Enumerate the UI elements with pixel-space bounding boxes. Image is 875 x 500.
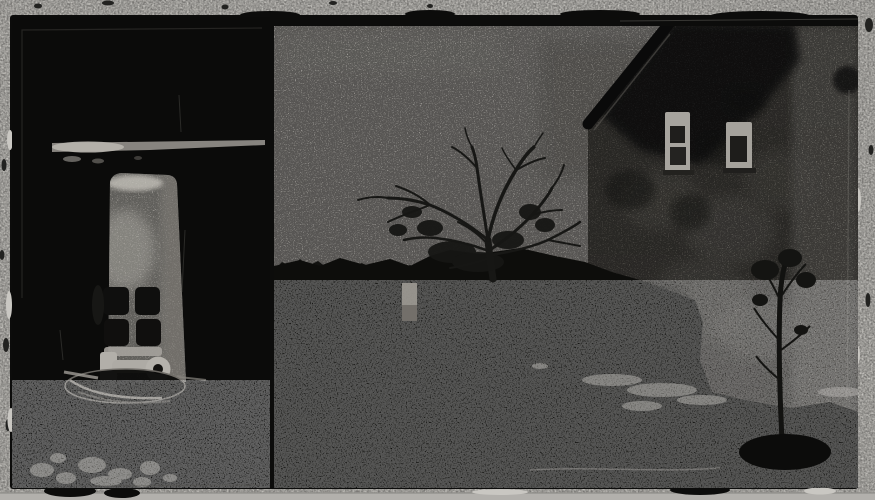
halftone-photo-plate <box>0 0 875 500</box>
light-doorway <box>402 283 417 321</box>
left-photo-stove <box>12 17 270 488</box>
house-window-left <box>663 112 694 175</box>
house-window-right <box>723 122 756 173</box>
left-photo-salt-noise <box>12 380 270 488</box>
newspaper-scan-page <box>0 0 875 500</box>
right-photo-house <box>274 20 863 490</box>
